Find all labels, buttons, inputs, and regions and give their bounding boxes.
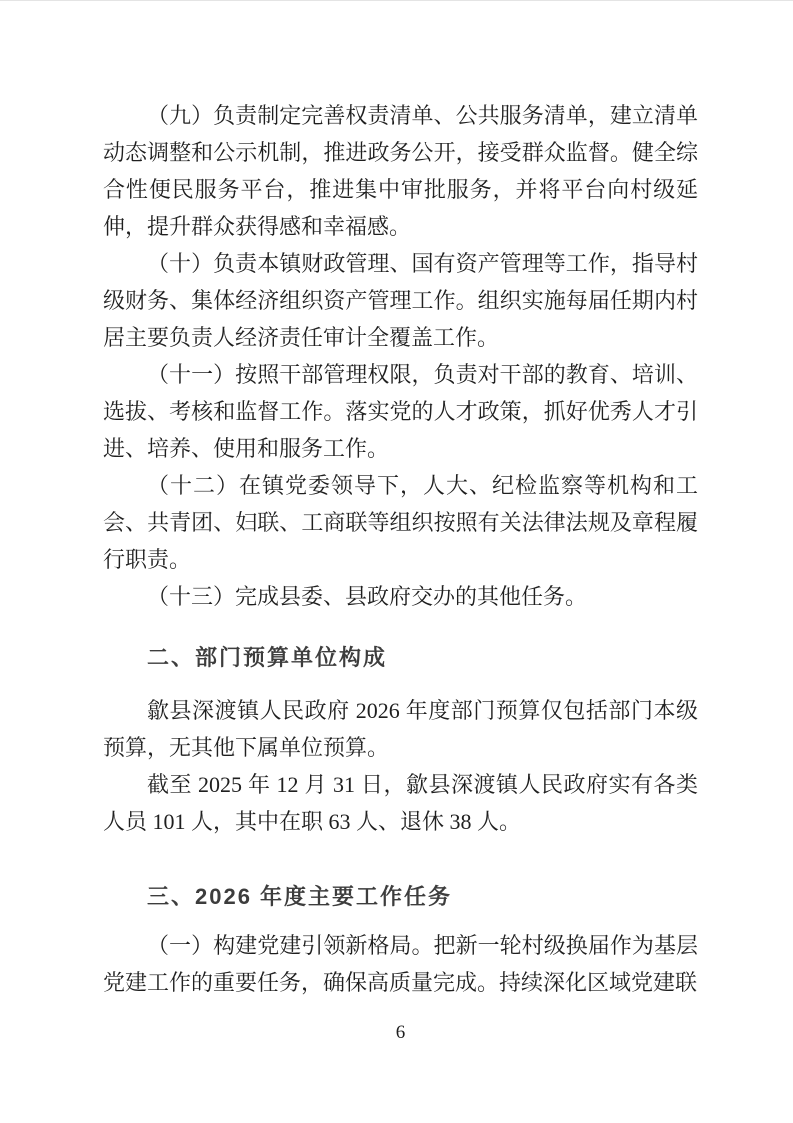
section-heading-main-tasks: 三、2026 年度主要工作任务 [103, 878, 698, 915]
document-content: （九）负责制定完善权责清单、公共服务清单，建立清单动态调整和公示机制，推进政务公… [103, 97, 698, 1001]
section-heading-budget-units: 二、部门预算单位构成 [103, 639, 698, 676]
paragraph-budget-scope: 歙县深渡镇人民政府 2026 年度部门预算仅包括部门本级预算，无其他下属单位预算… [103, 692, 698, 766]
paragraph-duty-11: （十一）按照干部管理权限，负责对干部的教育、培训、选拔、考核和监督工作。落实党的… [103, 356, 698, 467]
paragraph-duty-9: （九）负责制定完善权责清单、公共服务清单，建立清单动态调整和公示机制，推进政务公… [103, 97, 698, 245]
document-page: （九）负责制定完善权责清单、公共服务清单，建立清单动态调整和公示机制，推进政务公… [0, 0, 793, 1123]
paragraph-duty-13: （十三）完成县委、县政府交办的其他任务。 [103, 578, 698, 615]
paragraph-duty-12: （十二）在镇党委领导下，人大、纪检监察等机构和工会、共青团、妇联、工商联等组织按… [103, 467, 698, 578]
paragraph-staff-count: 截至 2025 年 12 月 31 日，歙县深渡镇人民政府实有各类人员 101 … [103, 766, 698, 840]
paragraph-duty-10: （十）负责本镇财政管理、国有资产管理等工作，指导村级财务、集体经济组织资产管理工… [103, 245, 698, 356]
paragraph-task-1: （一）构建党建引领新格局。把新一轮村级换届作为基层党建工作的重要任务，确保高质量… [103, 927, 698, 1001]
page-number: 6 [103, 1021, 698, 1045]
